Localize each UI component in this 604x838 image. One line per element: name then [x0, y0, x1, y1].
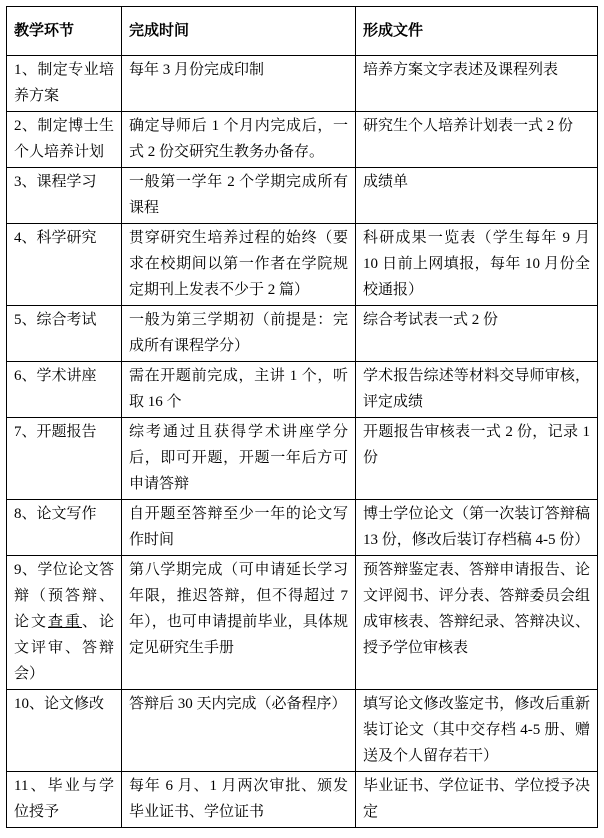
table-row: 2、制定博士生个人培养计划 确定导师后 1 个月内完成后，一式 2 份交研究生教…	[7, 112, 598, 168]
documents-cell: 填写论文修改鉴定书，修改后重新装订论文（其中交存档 4-5 册、赠送及个人留存若…	[356, 690, 598, 772]
stage-cell: 5、综合考试	[7, 306, 122, 362]
documents-cell: 综合考试表一式 2 份	[356, 306, 598, 362]
stage-cell: 8、论文写作	[7, 500, 122, 556]
table-row: 3、课程学习 一般第一学年 2 个学期完成所有课程 成绩单	[7, 168, 598, 224]
time-cell: 确定导师后 1 个月内完成后，一式 2 份交研究生教务办备存。	[122, 112, 356, 168]
time-cell: 答辩后 30 天内完成（必备程序）	[122, 690, 356, 772]
time-cell: 综考通过且获得学术讲座学分后，即可开题，开题一年后方可申请答辩	[122, 418, 356, 500]
time-cell: 第八学期完成（可申请延长学习年限，推迟答辩，但不得超过 7 年），也可申请提前毕…	[122, 556, 356, 690]
stage-cell: 3、课程学习	[7, 168, 122, 224]
table-row: 8、论文写作 自开题至答辩至少一年的论文写作时间 博士学位论文（第一次装订答辩稿…	[7, 500, 598, 556]
time-cell: 一般为第三学期初（前提是：完成所有课程学分）	[122, 306, 356, 362]
documents-cell: 毕业证书、学位证书、学位授予决定	[356, 772, 598, 828]
table-row: 7、开题报告 综考通过且获得学术讲座学分后，即可开题，开题一年后方可申请答辩 开…	[7, 418, 598, 500]
time-cell: 需在开题前完成，主讲 1 个，听取 16 个	[122, 362, 356, 418]
stage-cell: 11、毕业与学位授予	[7, 772, 122, 828]
table-row: 5、综合考试 一般为第三学期初（前提是：完成所有课程学分） 综合考试表一式 2 …	[7, 306, 598, 362]
table-row: 1、制定专业培养方案 每年 3 月份完成印制 培养方案文字表述及课程列表	[7, 56, 598, 112]
documents-cell: 研究生个人培养计划表一式 2 份	[356, 112, 598, 168]
documents-cell: 开题报告审核表一式 2 份，记录 1 份	[356, 418, 598, 500]
time-cell: 每年 3 月份完成印制	[122, 56, 356, 112]
documents-cell: 预答辩鉴定表、答辩申请报告、论文评阅书、评分表、答辩委员会组成审核表、答辩纪录、…	[356, 556, 598, 690]
documents-cell: 培养方案文字表述及课程列表	[356, 56, 598, 112]
documents-cell: 成绩单	[356, 168, 598, 224]
stage-cell: 6、学术讲座	[7, 362, 122, 418]
time-cell: 每年 6 月、1 月两次审批、颁发毕业证书、学位证书	[122, 772, 356, 828]
table-row: 11、毕业与学位授予 每年 6 月、1 月两次审批、颁发毕业证书、学位证书 毕业…	[7, 772, 598, 828]
header-row: 教学环节 完成时间 形成文件	[7, 7, 598, 56]
column-header-documents: 形成文件	[356, 7, 598, 56]
documents-cell: 科研成果一览表（学生每年 9 月 10 日前上网填报，每年 10 月份全校通报）	[356, 224, 598, 306]
training-process-table: 教学环节 完成时间 形成文件 1、制定专业培养方案 每年 3 月份完成印制 培养…	[6, 6, 598, 828]
column-header-stage: 教学环节	[7, 7, 122, 56]
stage-text-underlined: 查重	[48, 614, 82, 630]
time-cell: 贯穿研究生培养过程的始终（要求在校期间以第一作者在学院规定期刊上发表不少于 2 …	[122, 224, 356, 306]
time-cell: 一般第一学年 2 个学期完成所有课程	[122, 168, 356, 224]
stage-cell: 10、论文修改	[7, 690, 122, 772]
table-row: 4、科学研究 贯穿研究生培养过程的始终（要求在校期间以第一作者在学院规定期刊上发…	[7, 224, 598, 306]
stage-cell: 9、学位论文答辩（预答辩、论文查重、论文评审、答辩会）	[7, 556, 122, 690]
stage-cell: 4、科学研究	[7, 224, 122, 306]
table-row: 9、学位论文答辩（预答辩、论文查重、论文评审、答辩会） 第八学期完成（可申请延长…	[7, 556, 598, 690]
stage-cell: 2、制定博士生个人培养计划	[7, 112, 122, 168]
document-page: 教学环节 完成时间 形成文件 1、制定专业培养方案 每年 3 月份完成印制 培养…	[0, 0, 604, 838]
time-cell: 自开题至答辩至少一年的论文写作时间	[122, 500, 356, 556]
table-row: 10、论文修改 答辩后 30 天内完成（必备程序） 填写论文修改鉴定书，修改后重…	[7, 690, 598, 772]
documents-cell: 学术报告综述等材料交导师审核，评定成绩	[356, 362, 598, 418]
stage-cell: 1、制定专业培养方案	[7, 56, 122, 112]
table-row: 6、学术讲座 需在开题前完成，主讲 1 个，听取 16 个 学术报告综述等材料交…	[7, 362, 598, 418]
column-header-time: 完成时间	[122, 7, 356, 56]
stage-cell: 7、开题报告	[7, 418, 122, 500]
documents-cell: 博士学位论文（第一次装订答辩稿 13 份，修改后装订存档稿 4-5 份）	[356, 500, 598, 556]
